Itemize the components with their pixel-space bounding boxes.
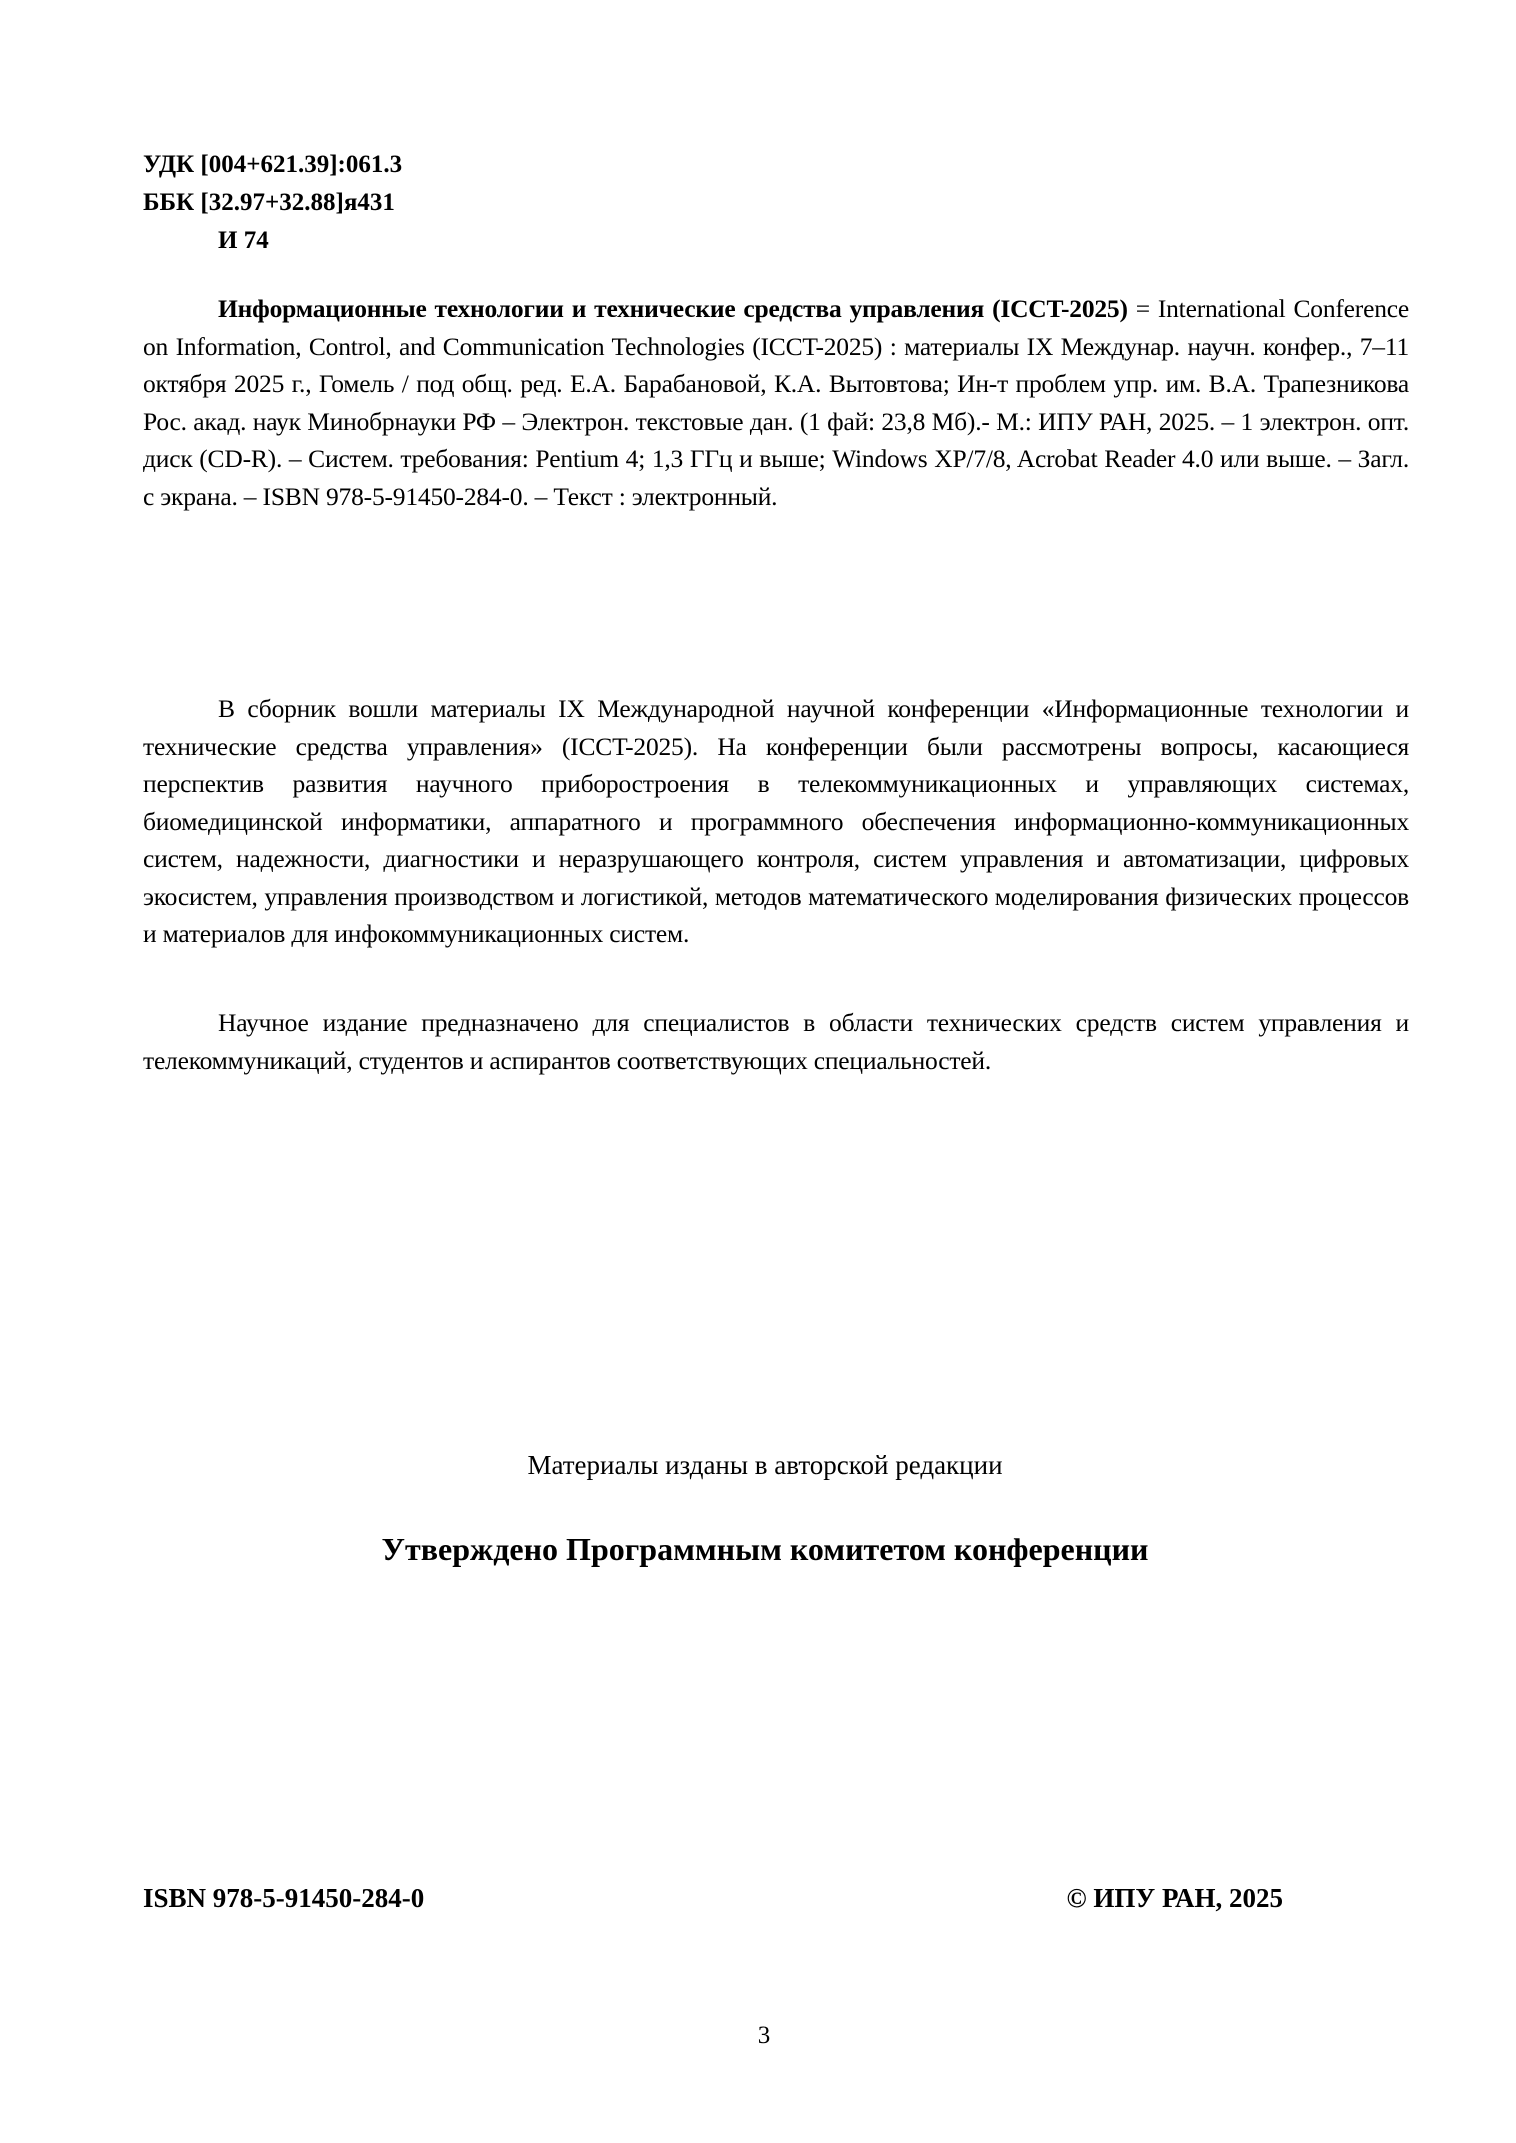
copyright: © ИПУ РАН, 2025: [1066, 1880, 1283, 1916]
purpose-paragraph: Научное издание предназначено для специа…: [143, 1004, 1409, 1079]
bibliographic-details: = International Conference on Informatio…: [143, 294, 1409, 511]
approval-statement: Утверждено Программным комитетом конфере…: [0, 1527, 1516, 1571]
author-mark: И 74: [143, 222, 402, 260]
classification-codes: УДК [004+621.39]:061.3 ББК [32.97+32.88]…: [143, 146, 402, 260]
edition-note: Материалы изданы в авторской редакции: [0, 1447, 1516, 1483]
annotation-section: В сборник вошли материалы IX Международн…: [143, 690, 1409, 953]
publication-title: Информационные технологии и технические …: [218, 294, 1128, 323]
bibliographic-record: Информационные технологии и технические …: [143, 290, 1409, 515]
page-number: 3: [0, 2020, 1516, 2052]
udk-code: УДК [004+621.39]:061.3: [143, 146, 402, 184]
bbk-code: ББК [32.97+32.88]я431: [143, 184, 402, 222]
purpose-section: Научное издание предназначено для специа…: [143, 1004, 1409, 1079]
isbn: ISBN 978-5-91450-284-0: [143, 1880, 424, 1916]
document-page: УДК [004+621.39]:061.3 ББК [32.97+32.88]…: [0, 0, 1516, 2143]
annotation-paragraph: В сборник вошли материалы IX Международн…: [143, 690, 1409, 953]
bibliographic-paragraph: Информационные технологии и технические …: [143, 290, 1409, 515]
